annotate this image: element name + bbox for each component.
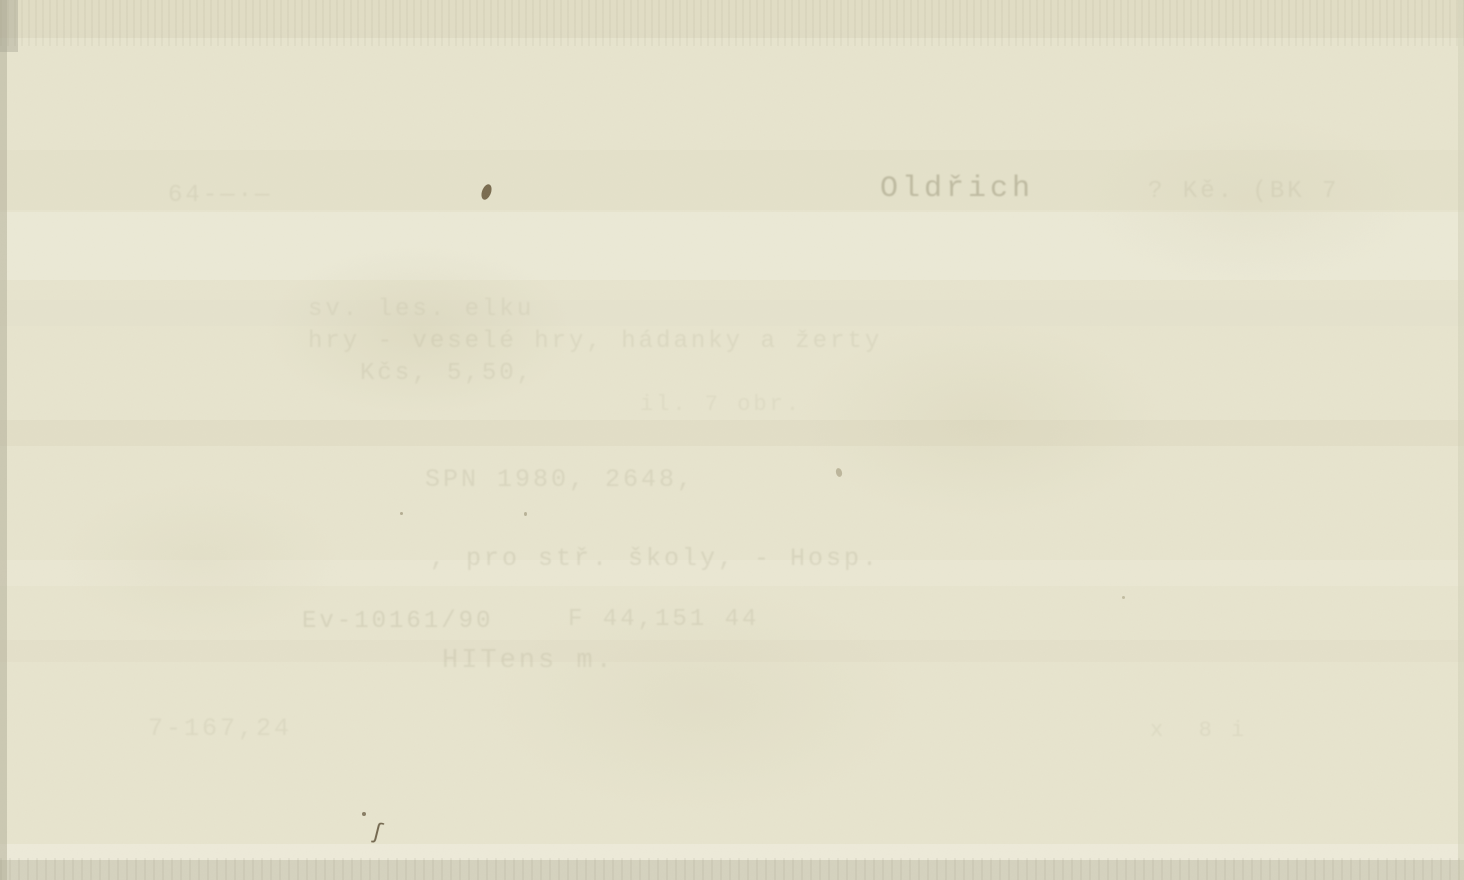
scan-edge-left [0,0,7,880]
ghost-marks-right-fragment: x 8 i [1150,718,1247,743]
paper-fiber-streaks-top [0,0,1464,46]
ink-dot-bottom-left [362,812,366,816]
scan-edge-right [1458,0,1464,880]
paper-fiber-streaks-bottom [0,858,1464,880]
tiny-speck-mid-left [400,512,403,515]
tiny-smudge-mid-right [835,467,843,477]
scan-band-dark-1 [0,420,1464,446]
ink-squiggle-bottom: ʃ [371,819,384,845]
ghost-school-line: , pro stř. školy, - Hosp. [430,544,880,573]
paper-grain-texture [0,0,1464,880]
ghost-price-line: Kčs, 5,50, [360,360,534,387]
scan-band-dark-2 [0,640,1464,662]
ghost-publisher-line: SPN 1980, 2648, [425,465,695,494]
scan-band-light-1 [0,212,1464,280]
ghost-call-number-top-left: 64-—·— [168,182,272,209]
ghost-illustration-fragment: il. 7 obr. [640,392,802,417]
ghost-signature-line: F 44,151 44 [568,606,759,633]
ghost-body-line-2: hry - veselé hry, hádanky a žerty [308,328,882,355]
ghost-stamp-fragment: HITens m. [442,646,615,676]
ghost-body-line-1: sv. les. elku [308,296,534,323]
ghost-ev-number-line: Ev-10161/90 [302,608,493,635]
ghost-heading-right-fragment: ? Kě. (BK 7 [1148,178,1339,205]
tiny-speck-lower-right [1122,596,1125,599]
ghost-signature-bottom-left: 7-167,24 [148,714,292,743]
ghost-heading-given-name: Oldřich [880,172,1034,206]
paper-mottling [0,0,1464,880]
scanned-card: 64-—·— Oldřich ? Kě. (BK 7 sv. les. elku… [0,0,1464,880]
tiny-speck-mid-center [524,512,527,516]
scan-band-mid-shade [0,300,1464,326]
ink-speck-upper [479,183,494,201]
